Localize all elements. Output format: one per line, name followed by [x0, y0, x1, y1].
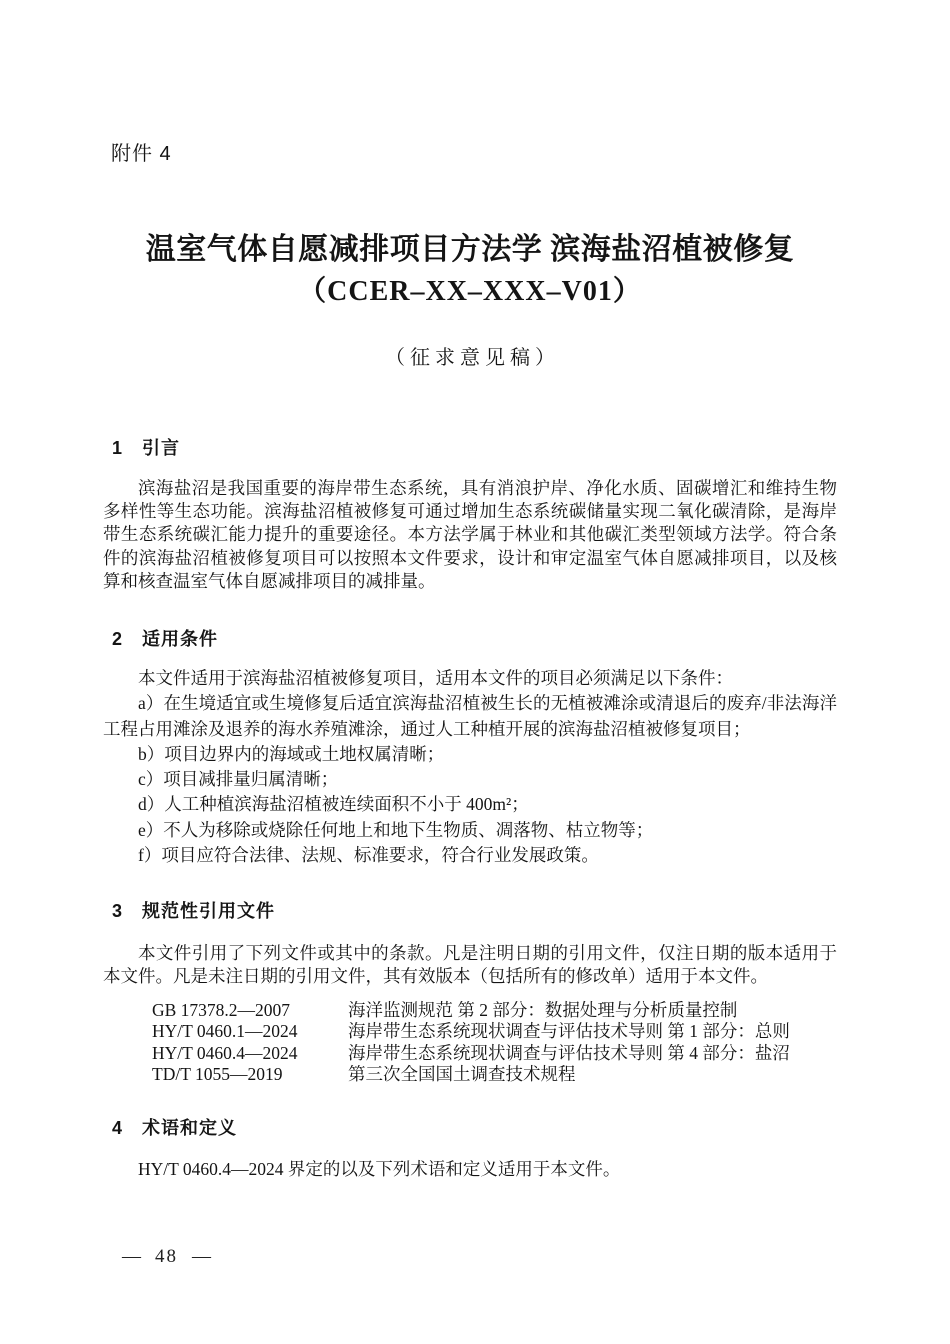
section-2-number: 2 — [112, 629, 124, 650]
draft-note: （征求意见稿） — [103, 341, 837, 370]
reference-code: TD/T 1055—2019 — [152, 1064, 348, 1085]
section-4-number: 4 — [112, 1118, 124, 1139]
doc-title-line1: 温室气体自愿减排项目方法学 滨海盐沼植被修复 — [103, 224, 837, 268]
section-2-title: 适用条件 — [142, 625, 218, 651]
section-4-paragraph: HY/T 0460.4—2024 界定的以及下列术语和定义适用于本文件。 — [103, 1158, 837, 1181]
section-1-paragraph: 滨海盐沼是我国重要的海岸带生态系统，具有消浪护岸、净化水质、固碳增汇和维持生物多… — [103, 477, 837, 593]
reference-code: GB 17378.2—2007 — [152, 1000, 348, 1021]
section-1-number: 1 — [112, 438, 124, 459]
section-1-body: 滨海盐沼是我国重要的海岸带生态系统，具有消浪护岸、净化水质、固碳增汇和维持生物多… — [103, 477, 837, 593]
footer-right-dash: — — [192, 1246, 211, 1267]
references-list: GB 17378.2—2007 海洋监测规范 第 2 部分：数据处理与分析质量控… — [152, 1000, 842, 1086]
reference-title: 海洋监测规范 第 2 部分：数据处理与分析质量控制 — [348, 1000, 842, 1021]
reference-title: 第三次全国国土调查技术规程 — [348, 1064, 842, 1085]
page-footer: —48— — [122, 1246, 211, 1268]
footer-left-dash: — — [122, 1246, 141, 1267]
page-number: 48 — [155, 1246, 178, 1267]
document-page: 附件 4 温室气体自愿减排项目方法学 滨海盐沼植被修复 （CCER–XX–XXX… — [0, 0, 950, 1344]
section-4-heading: 4术语和定义 — [112, 1114, 237, 1140]
condition-item-c: c）项目减排量归属清晰； — [103, 767, 837, 792]
reference-row: HY/T 0460.1—2024 海岸带生态系统现状调查与评估技术导则 第 1 … — [152, 1021, 842, 1042]
reference-row: GB 17378.2—2007 海洋监测规范 第 2 部分：数据处理与分析质量控… — [152, 1000, 842, 1021]
condition-item-f: f）项目应符合法律、法规、标准要求，符合行业发展政策。 — [103, 843, 837, 868]
reference-code: HY/T 0460.1—2024 — [152, 1021, 348, 1042]
reference-title: 海岸带生态系统现状调查与评估技术导则 第 1 部分：总则 — [348, 1021, 842, 1042]
condition-item-e: e）不人为移除或烧除任何地上和地下生物质、凋落物、枯立物等； — [103, 818, 837, 843]
doc-title-line2: （CCER–XX–XXX–V01） — [103, 269, 837, 309]
section-4-body: HY/T 0460.4—2024 界定的以及下列术语和定义适用于本文件。 — [103, 1158, 837, 1181]
section-3-paragraph: 本文件引用了下列文件或其中的条款。凡是注明日期的引用文件，仅注日期的版本适用于本… — [103, 942, 837, 987]
section-4-title: 术语和定义 — [142, 1114, 237, 1140]
attachment-label: 附件 4 — [111, 137, 172, 166]
section-2-body: 本文件适用于滨海盐沼植被修复项目，适用本文件的项目必须满足以下条件： a）在生境… — [103, 666, 837, 868]
section-3-body: 本文件引用了下列文件或其中的条款。凡是注明日期的引用文件，仅注日期的版本适用于本… — [103, 942, 837, 987]
reference-code: HY/T 0460.4—2024 — [152, 1043, 348, 1064]
section-2-heading: 2适用条件 — [112, 625, 218, 651]
section-1-heading: 1引言 — [112, 434, 180, 460]
reference-row: TD/T 1055—2019 第三次全国国土调查技术规程 — [152, 1064, 842, 1085]
section-3-title: 规范性引用文件 — [142, 897, 275, 923]
section-1-title: 引言 — [142, 434, 180, 460]
section-2-intro: 本文件适用于滨海盐沼植被修复项目，适用本文件的项目必须满足以下条件： — [103, 666, 837, 691]
condition-item-a: a）在生境适宜或生境修复后适宜滨海盐沼植被生长的无植被滩涂或清退后的废弃/非法海… — [103, 691, 837, 742]
condition-item-b: b）项目边界内的海域或土地权属清晰； — [103, 742, 837, 767]
condition-item-d: d）人工种植滨海盐沼植被连续面积不小于 400m²； — [103, 792, 837, 817]
section-3-heading: 3规范性引用文件 — [112, 897, 275, 923]
section-3-number: 3 — [112, 901, 124, 922]
reference-row: HY/T 0460.4—2024 海岸带生态系统现状调查与评估技术导则 第 4 … — [152, 1043, 842, 1064]
reference-title: 海岸带生态系统现状调查与评估技术导则 第 4 部分：盐沼 — [348, 1043, 842, 1064]
